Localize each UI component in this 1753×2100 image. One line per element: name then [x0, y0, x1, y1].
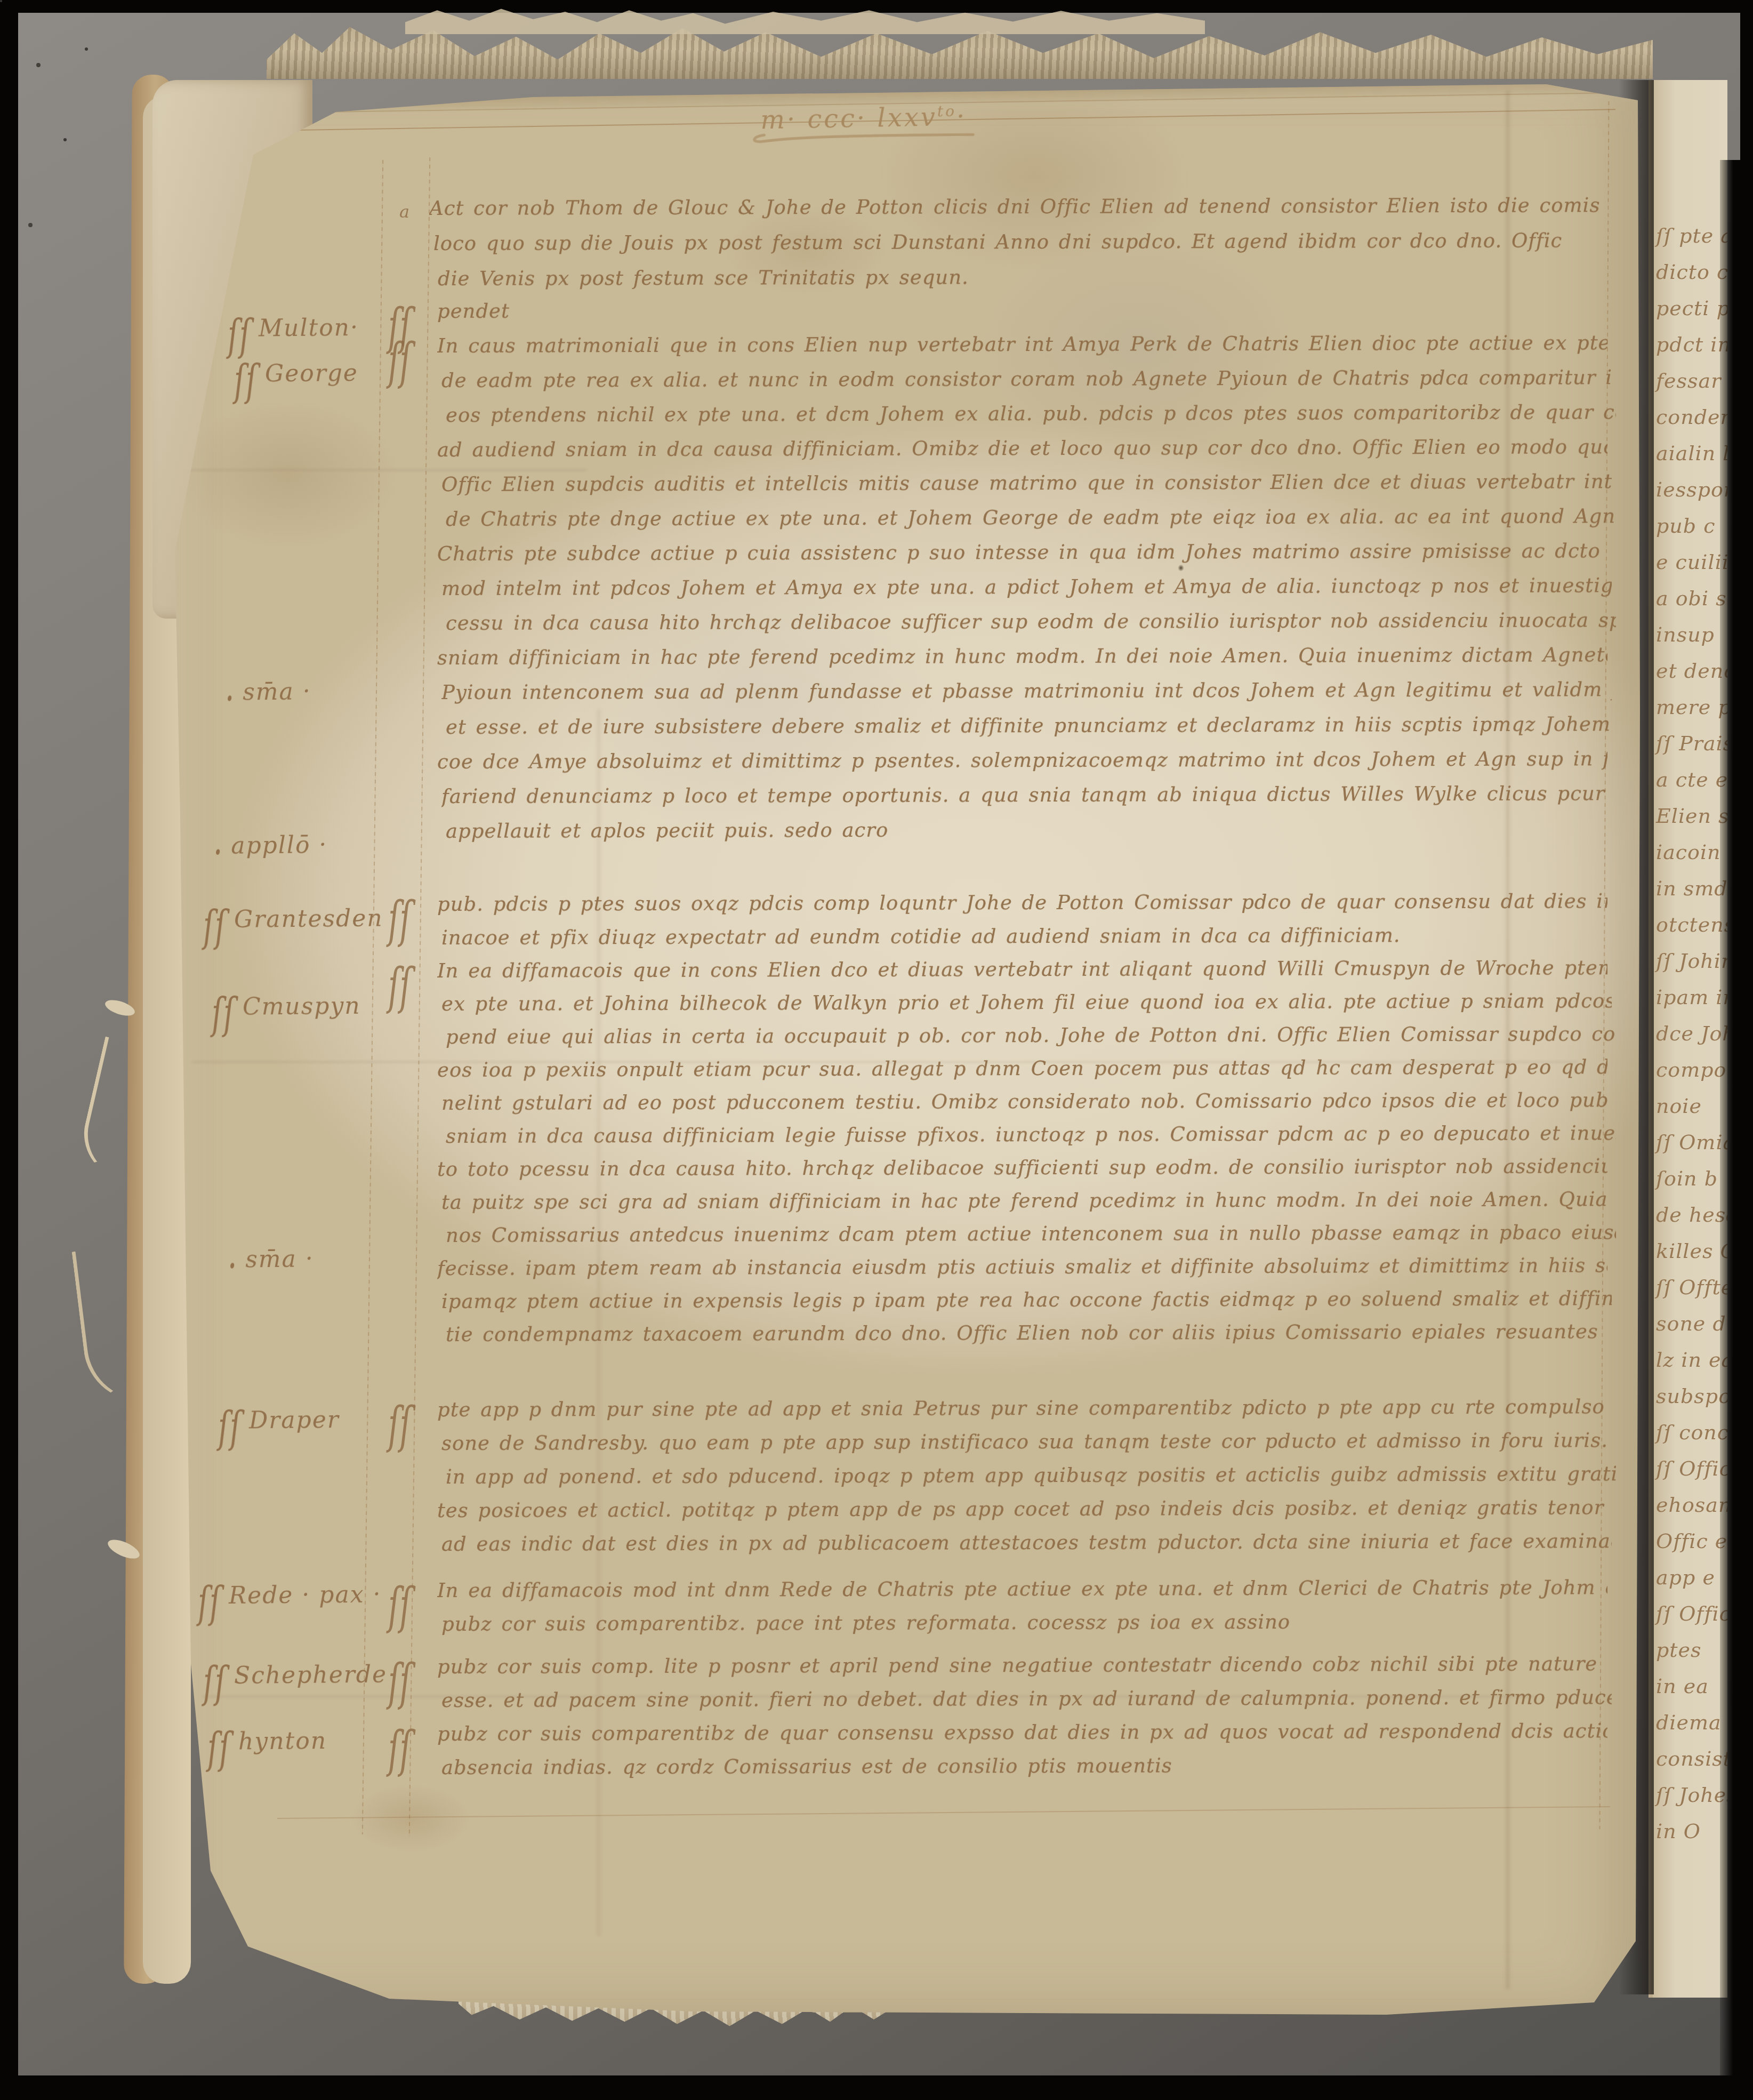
entry-8: ſſpubz cor suis comp. lite p posnr et ap…	[437, 1657, 1610, 1724]
side-page-fragment: aialin le	[1656, 442, 1727, 465]
side-page-fragment: ptes	[1656, 1638, 1702, 1662]
side-page-fragment: dicto cer	[1656, 260, 1727, 284]
script-line: ad audiend sniam in dca causa diffinicia…	[437, 437, 1607, 475]
script-line: sniam in dca causa diffiniciam legie fui…	[446, 1123, 1616, 1159]
side-page-fragment: pecti pa	[1656, 296, 1727, 320]
script-line: coe dce Amye absoluimz et dimittimz p ps…	[437, 749, 1607, 787]
side-page-fragment: sone d	[1656, 1312, 1726, 1335]
paragraph-mark: a	[399, 202, 409, 222]
side-page-fragment: ſſ pte actō	[1656, 224, 1727, 247]
side-page-fragment: diema	[1656, 1711, 1722, 1734]
script-line: nos Comissarius antedcus inuenimz dcam p…	[446, 1222, 1616, 1259]
side-page-fragment: pdct in	[1656, 333, 1727, 356]
script-line: cessu in dca causa hito hrchqz delibacoe…	[446, 610, 1616, 648]
side-page-fragment: ſſ Omia o	[1656, 1131, 1727, 1154]
entry-7: ſſIn ea diffamacois mod int dnm Rede de …	[437, 1581, 1610, 1648]
script-line: pubz cor suis comparentibz de quar conse…	[437, 1721, 1607, 1758]
side-page-fragment: Offic e	[1656, 1529, 1727, 1553]
paragraph-mark: ſſ	[388, 333, 411, 391]
script-line: eos ptendens nichil ex pte una. et dcm J…	[446, 402, 1616, 440]
side-page-fragment: mere po	[1656, 695, 1727, 719]
script-line: ad eas indic dat est dies in px ad publi…	[441, 1531, 1612, 1568]
side-page-fragment: pub c	[1656, 514, 1716, 538]
side-page-fragment: ehosam	[1656, 1493, 1727, 1517]
side-page-fragment: noie	[1656, 1094, 1702, 1118]
side-page-fragment: ſſ conc	[1656, 1421, 1727, 1444]
entry-1: aAct cor nob Thom de Glouc & Johe de Pot…	[429, 198, 1602, 304]
script-line: Act cor nob Thom de Glouc & Johe de Pott…	[429, 195, 1599, 234]
manuscript-leaf: m· ccc· lxxvto· ſſMulton·ſſGeorge·sm̄a ·…	[160, 69, 1642, 2042]
side-page-fragment: ſſ Johina	[1656, 949, 1727, 973]
script-line: pub. pdcis p ptes suos oxqz pdcis comp l…	[437, 891, 1607, 928]
side-page-fragment: iessponde	[1656, 478, 1727, 501]
paragraph-mark: ſſ	[388, 1577, 411, 1636]
script-line: appellauit et aplos peciit puis. sedo ac…	[446, 818, 1616, 856]
script-line: tie condempnamz taxacoem earundm dco dno…	[446, 1321, 1616, 1358]
side-page-fragment: ſſ Offic r	[1656, 1602, 1727, 1625]
binding-fray-top-tufts	[405, 4, 1205, 34]
script-line: loco quo sup die Jouis px post festum sc…	[433, 230, 1604, 269]
entry-3: ſſIn caus matrimoniali que in cons Elien…	[437, 336, 1610, 856]
paragraph-mark: ſſ	[388, 891, 411, 949]
side-page-fragment: a obi s	[1656, 587, 1727, 610]
script-line: pend eiue qui alias in certa ia occupaui…	[446, 1024, 1616, 1060]
entry-5: ſſIn ea diffamacois que in cons Elien dc…	[437, 961, 1610, 1358]
entries-layer: aAct cor nob Thom de Glouc & Johe de Pot…	[160, 69, 1642, 2042]
entry-9: ſſpubz cor suis comparentibz de quar con…	[437, 1724, 1610, 1791]
script-line: In ea diffamacois mod int dnm Rede de Ch…	[437, 1577, 1607, 1614]
manuscript-photo: { "document": { "kind": "medieval manusc…	[0, 0, 1753, 2100]
entry-2: ſſpendet	[437, 301, 1610, 335]
side-page-fragment: in O	[1656, 1820, 1701, 1843]
dust-specks	[0, 0, 2, 2]
side-page-fragment: otctens	[1656, 913, 1727, 936]
side-page-fragment: killes C	[1656, 1239, 1727, 1263]
script-line: In caus matrimoniali que in cons Elien n…	[437, 333, 1607, 371]
side-page-fragment: de hesd	[1656, 1203, 1727, 1227]
script-line: esse. et ad pacem sine ponit. fieri no d…	[441, 1687, 1612, 1724]
side-page-fragment: in ea	[1656, 1674, 1709, 1698]
script-line: ta puitz spe sci gra ad sniam diffinicia…	[441, 1189, 1612, 1225]
script-line: fariend denunciamz p loco et tempe oport…	[441, 783, 1612, 821]
script-line: eos ioa p pexiis onpult etiam pcur sua. …	[437, 1057, 1607, 1093]
script-line: tes posicoes et acticl. potitqz p ptem a…	[437, 1497, 1607, 1534]
script-line: inacoe et pfix diuqz expectatr ad eundm …	[441, 925, 1612, 961]
script-line: ipamqz ptem actiue in expensis legis p i…	[441, 1288, 1612, 1325]
right-frame-band	[1720, 160, 1753, 2075]
script-line: pte app p dnm pur sine pte ad app et sni…	[437, 1397, 1607, 1433]
side-page-fragment: lz in ea	[1656, 1348, 1727, 1372]
script-line: de eadm pte rea ex alia. et nunc in eodm…	[441, 367, 1612, 405]
script-line: to toto pcessu in dca causa hito. hrchqz…	[437, 1156, 1607, 1192]
side-page-fragment: compoms	[1656, 1058, 1727, 1081]
side-page-fragment: Elien s	[1656, 804, 1727, 828]
side-page-fragment: et denoid	[1656, 659, 1727, 683]
side-page-fragment: fessar e	[1656, 369, 1727, 392]
side-page-fragment: subspo	[1656, 1384, 1727, 1408]
paragraph-mark: ſſ	[388, 958, 411, 1016]
script-line: in app ad ponend. et sdo pducend. ipoqz …	[446, 1464, 1616, 1501]
paragraph-mark: ſſ	[388, 1654, 411, 1712]
side-page-fragment: condemp	[1656, 405, 1727, 429]
side-page-fragment: ipam in	[1656, 985, 1727, 1009]
side-page-fragment: insup	[1656, 623, 1715, 646]
script-line: mod intelm int pdcos Johem et Amya ex pt…	[441, 575, 1612, 613]
script-line: sone de Sandresby. quo eam p pte app sup…	[441, 1430, 1612, 1467]
side-page: ſſ pte actōdicto cerpecti papdct infessa…	[1649, 80, 1727, 1998]
side-page-fragment: consist	[1656, 1747, 1727, 1770]
script-line: Pyioun intenconem sua ad plenm fundasse …	[441, 679, 1612, 717]
script-line: sniam diffiniciam in hac pte ferend pced…	[437, 645, 1607, 683]
entry-6: ſſpte app p dnm pur sine pte ad app et s…	[437, 1400, 1610, 1568]
side-page-fragment: ſſ Offic	[1656, 1457, 1727, 1480]
paragraph-mark: ſſ	[388, 1721, 411, 1779]
script-line: Offic Elien supdcis auditis et intellcis…	[441, 471, 1612, 509]
side-page-fragment: iacoin	[1656, 840, 1721, 864]
script-line: et esse. et de iure subsistere debere sm…	[446, 714, 1616, 752]
script-line: pendet	[437, 298, 1607, 335]
script-line: absencia indias. qz cordz Comissarius es…	[441, 1754, 1612, 1791]
side-page-fragment: ſſ Offte d	[1656, 1276, 1727, 1299]
side-page-fragment: dce Joh	[1656, 1022, 1727, 1045]
side-page-fragment: ſoin b	[1656, 1167, 1718, 1190]
script-line: pubz cor suis comp. lite p posnr et apri…	[437, 1654, 1607, 1690]
side-page-fragment: e cuiliis	[1656, 550, 1727, 574]
script-line: de Chatris pte dnge actiue ex pte una. e…	[446, 506, 1616, 544]
script-line: pubz cor suis comparentibz. pace int pte…	[441, 1611, 1612, 1648]
script-line: nelint gstulari ad eo post pducconem tes…	[441, 1090, 1612, 1126]
side-page-fragment: in smd	[1656, 877, 1727, 900]
script-line: Chatris pte subdce actiue p cuia assiste…	[437, 541, 1607, 579]
script-line: ex pte una. et Johina bilhecok de Walkyn…	[441, 991, 1612, 1027]
side-page-fragment: ſſ Prais	[1656, 732, 1727, 755]
script-line: fecisse. ipam ptem ream ab instancia eiu…	[437, 1255, 1607, 1292]
side-page-fragment: a cte e	[1656, 768, 1727, 791]
paragraph-mark: ſſ	[388, 1397, 411, 1455]
side-page-fragment: ſſ Johes a	[1656, 1783, 1727, 1807]
script-line: In ea diffamacois que in cons Elien dco …	[437, 958, 1607, 994]
side-page-fragment: app e	[1656, 1566, 1715, 1589]
entry-4: ſſpub. pdcis p ptes suos oxqz pdcis comp…	[437, 894, 1610, 961]
